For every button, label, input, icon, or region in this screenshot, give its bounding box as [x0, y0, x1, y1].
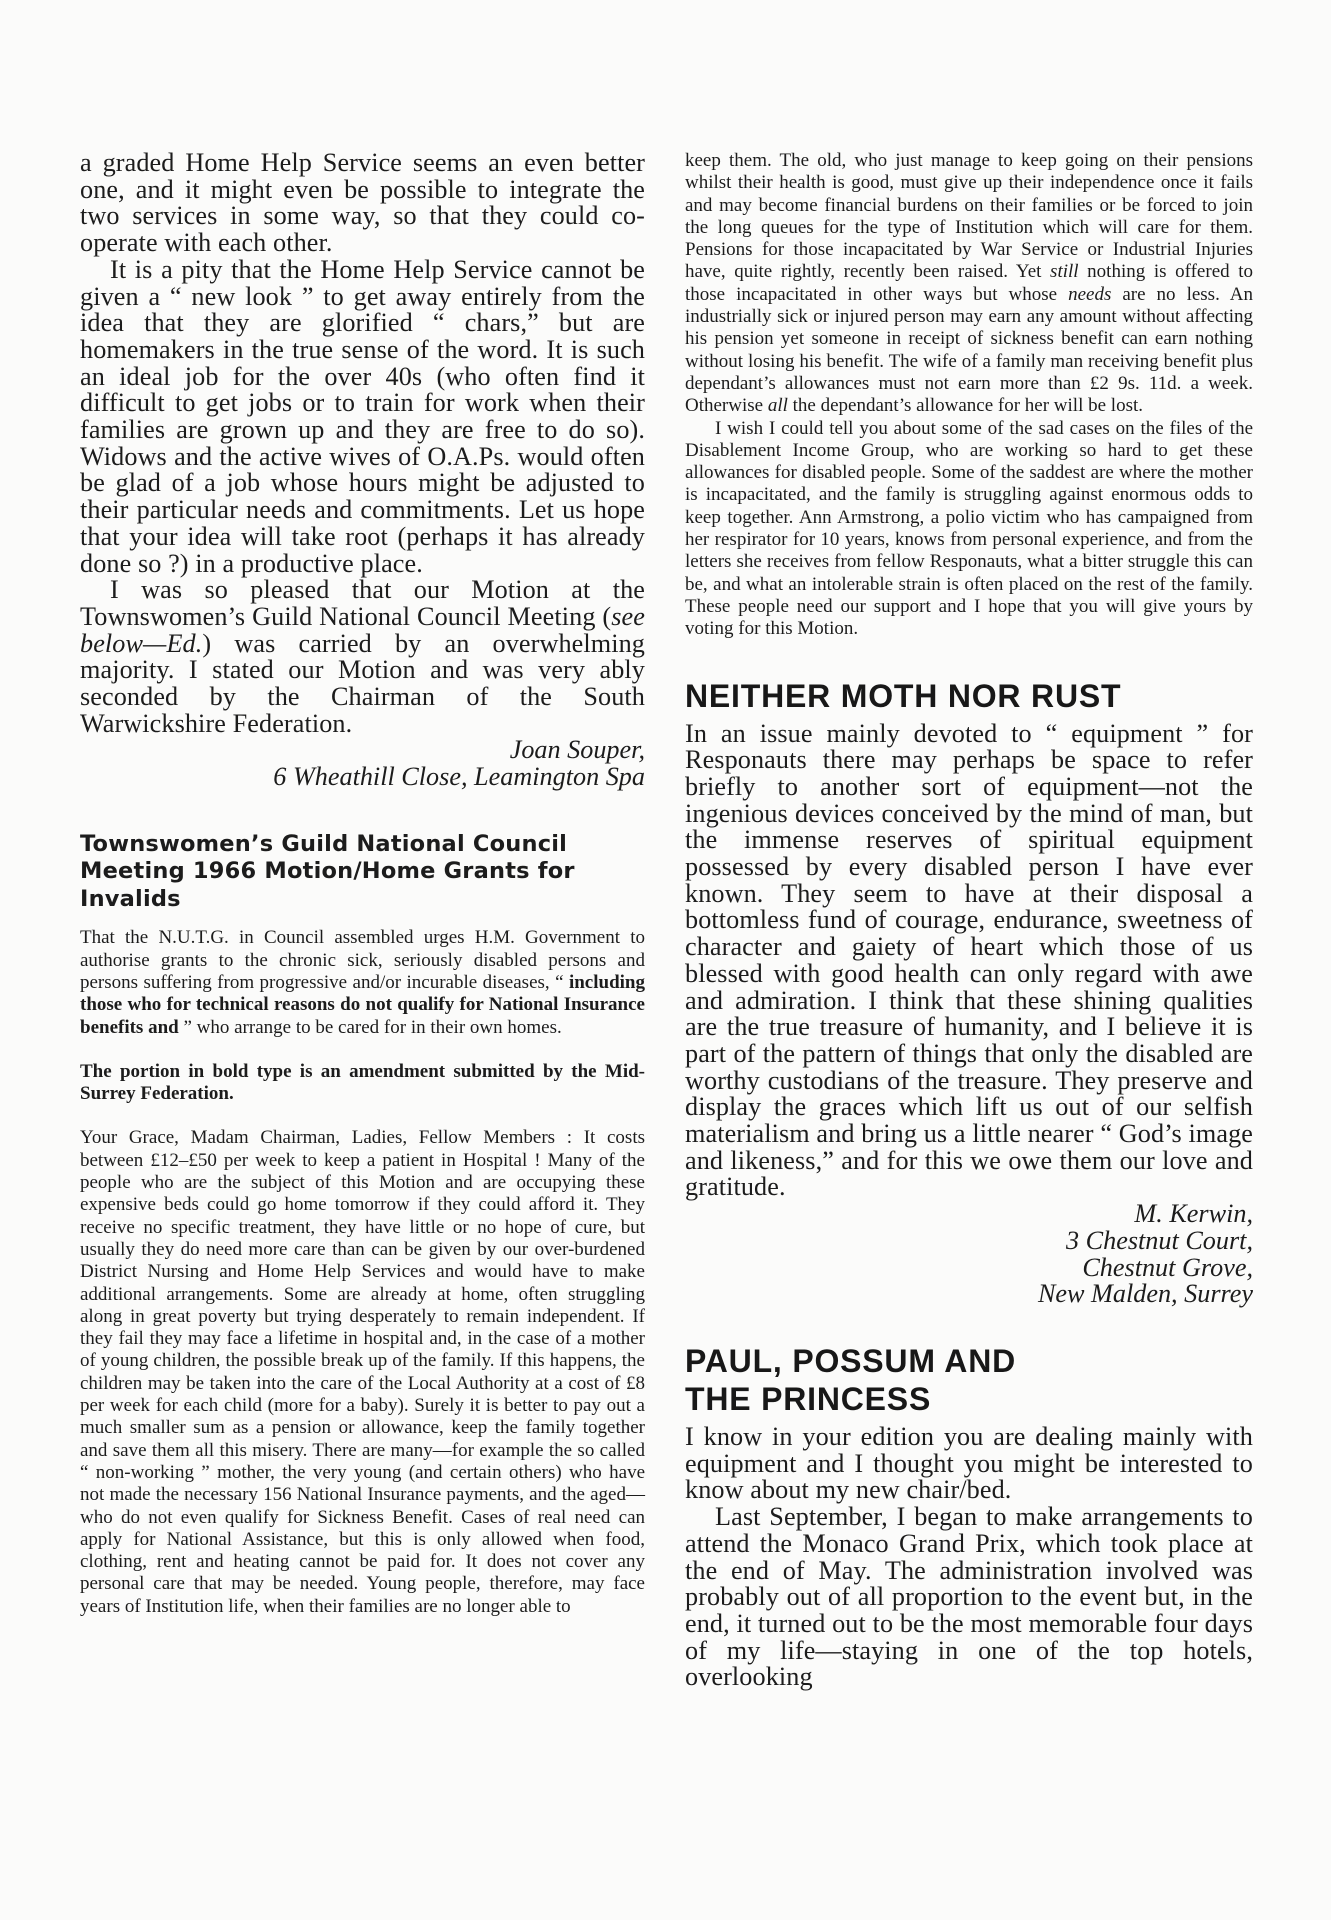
signature-address: 3 Chestnut Court, — [685, 1228, 1253, 1255]
motion-continued: keep them. The old, who just manage to k… — [685, 150, 1253, 641]
letter-continued: a graded Home Help Service seems an even… — [80, 150, 645, 791]
letter-paragraph: I was so pleased that our Motion at the … — [80, 577, 645, 737]
signature-address: Chestnut Grove, — [685, 1255, 1253, 1282]
signature-name: M. Kerwin, — [685, 1201, 1253, 1228]
speech-continued-paragraph: I wish I could tell you about some of th… — [685, 418, 1253, 641]
article-headline: PAUL, POSSUM AND THE PRINCESS — [685, 1342, 1253, 1418]
text-span: That the N.U.T.G. in Council assembled u… — [80, 927, 645, 993]
letter-paragraph: It is a pity that the Home Help Service … — [80, 257, 645, 577]
right-column: keep them. The old, who just manage to k… — [685, 150, 1253, 1691]
paul-possum-article: PAUL, POSSUM AND THE PRINCESS I know in … — [685, 1342, 1253, 1691]
motion-article: Townswomen’s Guild National Council Meet… — [80, 831, 645, 1618]
article-signature: M. Kerwin, 3 Chestnut Court, Chestnut Gr… — [685, 1201, 1253, 1308]
signature-name: Joan Souper, — [80, 737, 645, 764]
neither-moth-article: NEITHER MOTH NOR RUST In an issue mainly… — [685, 677, 1253, 1308]
article-paragraph: I know in your edition you are dealing m… — [685, 1424, 1253, 1504]
headline-line: PAUL, POSSUM AND — [685, 1342, 1253, 1380]
spacer — [80, 1039, 645, 1061]
article-body: In an issue mainly devoted to “ equipmen… — [685, 721, 1253, 1202]
letter-paragraph: a graded Home Help Service seems an even… — [80, 150, 645, 257]
motion-speech: Your Grace, Madam Chairman, Ladies, Fell… — [80, 1127, 645, 1618]
speech-continued-paragraph: keep them. The old, who just manage to k… — [685, 150, 1253, 418]
amendment-note: The portion in bold type is an amendment… — [80, 1061, 645, 1106]
emphasis: all — [768, 395, 788, 416]
emphasis: needs — [1068, 284, 1111, 305]
spacer — [685, 1308, 1253, 1342]
amendment-note-text: The portion in bold type is an amendment… — [80, 1061, 645, 1104]
motion-heading: Townswomen’s Guild National Council Meet… — [80, 831, 600, 914]
text-span: ” who arrange to be cared for in their o… — [179, 1017, 562, 1038]
text-span: I was so pleased that our Motion at the … — [80, 575, 645, 631]
spacer — [685, 641, 1253, 677]
emphasis: still — [1050, 261, 1079, 282]
text-span: the dependant’s allowance for her will b… — [788, 395, 1143, 416]
motion-text: That the N.U.T.G. in Council assembled u… — [80, 927, 645, 1038]
headline-line: THE PRINCESS — [685, 1380, 1253, 1418]
spacer — [80, 1105, 645, 1127]
article-headline: NEITHER MOTH NOR RUST — [685, 677, 1253, 715]
signature-address: 6 Wheathill Close, Leamington Spa — [80, 764, 645, 791]
letter-signature: Joan Souper, 6 Wheathill Close, Leamingt… — [80, 737, 645, 790]
article-paragraph: Last September, I began to make arrangem… — [685, 1504, 1253, 1691]
signature-address: New Malden, Surrey — [685, 1281, 1253, 1308]
left-column: a graded Home Help Service seems an even… — [80, 150, 645, 1618]
